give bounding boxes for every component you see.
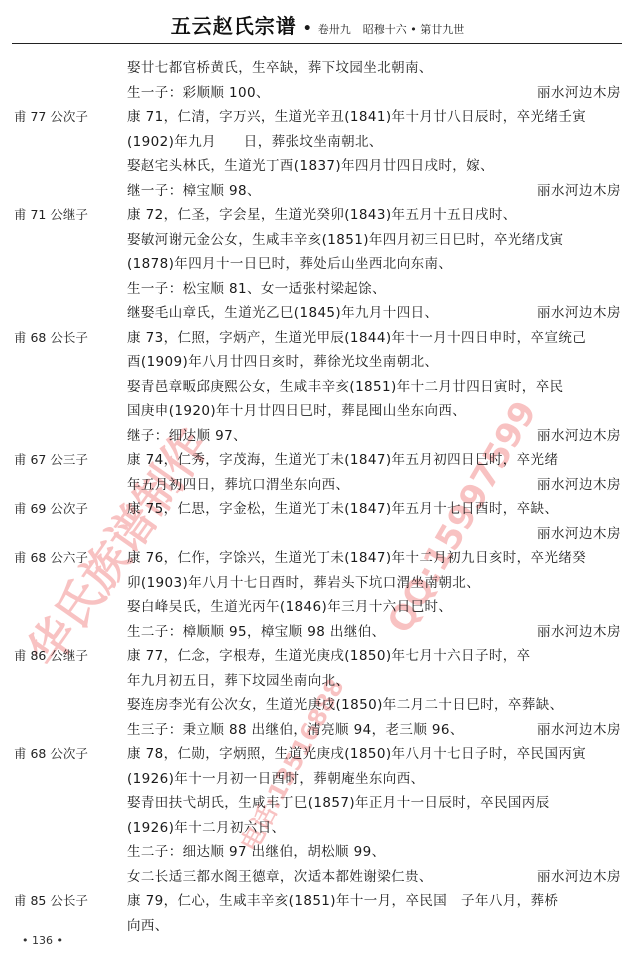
entry-line: 娶赵宅头林氏，生道光丁酉(1837)年四月廿四日戌时，嫁、 [0,154,635,179]
entry-line: 娶青田扶弋胡氏，生咸丰丁巳(1857)年正月十一日辰时，卒民国丙辰 [0,791,635,816]
entry-line: 甫 69 公次子康 75，仁思，字金松，生道光丁未(1847)年五月十七日酉时，… [0,497,635,522]
entry-text: 康 72，仁圣，字会星，生道光癸卯(1843)年五月十五日戌时、 [127,203,517,228]
entry-line: 甫 86 公继子康 77，仁念，字根寿，生道光庚戌(1850)年七月十六日子时，… [0,644,635,669]
entry-text: 生二子：细达顺 97 出继伯，胡松顺 99、 [127,840,386,865]
lineage-label: 甫 68 公次子 [14,742,88,767]
entry-text: 康 77，仁念，字根寿，生道光庚戌(1850)年七月十六日子时，卒 [127,644,531,669]
entry-text: 康 78，仁勋，字炳照，生道光庚戌(1850)年八月十七日子时，卒民国丙寅 [127,742,586,767]
branch-name: 丽水河边木房 [537,865,621,890]
entry-line: 娶白峰吴氏，生道光丙午(1846)年三月十六日巳时、 [0,595,635,620]
title-separator: • [303,21,312,37]
branch-name: 丽水河边木房 [537,81,621,106]
entry-text: 国庚申(1920)年十月廿四日巳时，葬昆囤山坐东向西、 [127,399,466,424]
entry-text: 康 79，仁心，生咸丰辛亥(1851)年十一月，卒民国 子年八月，葬桥 [127,889,558,914]
entry-text: 酉(1909)年八月廿四日亥时，葬徐光坟坐南朝北、 [127,350,438,375]
entry-text: 年五月初四日，葬坑口渭坐东向西、 [127,473,349,498]
entry-text: 康 73，仁照，字炳产，生道光甲辰(1844)年十一月十四日申时，卒宣统己 [127,326,586,351]
entry-line: 娶青邑章畈邱庚熙公女，生咸丰辛亥(1851)年十二月廿四日寅时，卒民 [0,375,635,400]
lineage-label: 甫 85 公长子 [14,889,88,914]
entry-text: (1926)年十一月初一日酉时，葬朝庵坐东向西、 [127,767,425,792]
entry-line: 酉(1909)年八月廿四日亥时，葬徐光坟坐南朝北、 [0,350,635,375]
entry-line: 丽水河边木房 [0,522,635,547]
page-number: • 136 • [22,934,63,947]
entry-text: 娶廿七都官桥黄氏，生卒缺，葬下坟园坐北朝南、 [127,56,433,81]
entry-line: 生三子：秉立顺 88 出继伯，清亮顺 94，老三顺 96、丽水河边木房 [0,718,635,743]
entry-text: 娶青田扶弋胡氏，生咸丰丁巳(1857)年正月十一日辰时，卒民国丙辰 [127,791,550,816]
entry-text: (1902)年九月 日，葬张坟坐南朝北、 [127,130,383,155]
entry-text: 康 74，仁秀，字茂海，生道光丁未(1847)年五月初四日巳时，卒光绪 [127,448,558,473]
entry-text: (1926)年十二月初六日、 [127,816,286,841]
entry-line: 继一子：樟宝顺 98、丽水河边木房 [0,179,635,204]
entry-text: 继娶毛山章氏，生道光乙巳(1845)年九月十四日、 [127,301,438,326]
entry-line: 年五月初四日，葬坑口渭坐东向西、丽水河边木房 [0,473,635,498]
entry-text: 娶青邑章畈邱庚熙公女，生咸丰辛亥(1851)年十二月廿四日寅时，卒民 [127,375,564,400]
entry-text: 娶连房李光有公次女，生道光庚戌(1850)年二月二十日巳时，卒葬缺、 [127,693,564,718]
entry-line: 女二长适三都水阁王德章，次适本都姓谢梁仁贵、丽水河边木房 [0,865,635,890]
entry-text: 继子：细达顺 97、 [127,424,247,449]
volume-label: 卷卅九 [318,21,351,37]
entry-line: 娶连房李光有公次女，生道光庚戌(1850)年二月二十日巳时，卒葬缺、 [0,693,635,718]
lineage-label: 甫 71 公继子 [14,203,88,228]
branch-name: 丽水河边木房 [537,179,621,204]
entry-text: 娶赵宅头林氏，生道光丁酉(1837)年四月廿四日戌时，嫁、 [127,154,494,179]
lineage-label: 甫 68 公长子 [14,326,88,351]
lineage-label: 甫 68 公六子 [14,546,88,571]
genealogy-body: 娶廿七都官桥黄氏，生卒缺，葬下坟园坐北朝南、生一子：彩顺顺 100、丽水河边木房… [0,56,635,938]
branch-name: 丽水河边木房 [537,424,621,449]
entry-line: 生一子：彩顺顺 100、丽水河边木房 [0,81,635,106]
branch-name: 丽水河边木房 [537,522,621,547]
entry-line: 甫 68 公次子康 78，仁勋，字炳照，生道光庚戌(1850)年八月十七日子时，… [0,742,635,767]
entry-line: (1926)年十二月初六日、 [0,816,635,841]
page-header: 五云赵氏宗谱 • 卷卅九 昭穆十六 • 第廿九世 [0,10,635,40]
entry-line: 娶廿七都官桥黄氏，生卒缺，葬下坟园坐北朝南、 [0,56,635,81]
entry-line: 生一子：松宝顺 81、女一适张村梁起馀、 [0,277,635,302]
entry-text: 年九月初五日，葬下坟园坐南向北、 [127,669,349,694]
entry-text: (1878)年四月十一日巳时，葬处后山坐西北向东南、 [127,252,452,277]
entry-text: 娶白峰吴氏，生道光丙午(1846)年三月十六日巳时、 [127,595,452,620]
entry-line: 国庚申(1920)年十月廿四日巳时，葬昆囤山坐东向西、 [0,399,635,424]
entry-line: 卯(1903)年八月十七日酉时，葬岩头下坑口渭坐南朝北、 [0,571,635,596]
section-label: 昭穆十六 • 第廿九世 [363,21,464,37]
entry-line: 继子：细达顺 97、丽水河边木房 [0,424,635,449]
entry-line: (1902)年九月 日，葬张坟坐南朝北、 [0,130,635,155]
entry-text: 生二子：樟顺顺 95，樟宝顺 98 出继伯、 [127,620,386,645]
entry-text: 向西、 [127,914,169,939]
entry-line: 生二子：樟顺顺 95，樟宝顺 98 出继伯、丽水河边木房 [0,620,635,645]
entry-line: 甫 68 公六子康 76，仁作，字馀兴，生道光丁未(1847)年十二月初九日亥时… [0,546,635,571]
entry-text: 生一子：彩顺顺 100、 [127,81,270,106]
entry-line: 娶敏河谢元金公女，生咸丰辛亥(1851)年四月初三日巳时，卒光绪戊寅 [0,228,635,253]
entry-line: 甫 77 公次子康 71，仁清，字万兴，生道光辛丑(1841)年十月廿八日辰时，… [0,105,635,130]
lineage-label: 甫 67 公三子 [14,448,88,473]
entry-text: 康 71，仁清，字万兴，生道光辛丑(1841)年十月廿八日辰时，卒光绪壬寅 [127,105,586,130]
entry-text: 继一子：樟宝顺 98、 [127,179,261,204]
entry-line: 甫 68 公长子康 73，仁照，字炳产，生道光甲辰(1844)年十一月十四日申时… [0,326,635,351]
entry-text: 娶敏河谢元金公女，生咸丰辛亥(1851)年四月初三日巳时，卒光绪戊寅 [127,228,564,253]
lineage-label: 甫 86 公继子 [14,644,88,669]
entry-text: 康 76，仁作，字馀兴，生道光丁未(1847)年十二月初九日亥时，卒光绪癸 [127,546,586,571]
entry-text: 女二长适三都水阁王德章，次适本都姓谢梁仁贵、 [127,865,433,890]
entry-text: 康 75，仁思，字金松，生道光丁未(1847)年五月十七日酉时，卒缺、 [127,497,558,522]
entry-line: (1878)年四月十一日巳时，葬处后山坐西北向东南、 [0,252,635,277]
entry-line: 甫 71 公继子康 72，仁圣，字会星，生道光癸卯(1843)年五月十五日戌时、 [0,203,635,228]
entry-line: 甫 67 公三子康 74，仁秀，字茂海，生道光丁未(1847)年五月初四日巳时，… [0,448,635,473]
entry-text: 生一子：松宝顺 81、女一适张村梁起馀、 [127,277,386,302]
header-rule [12,43,622,44]
lineage-label: 甫 69 公次子 [14,497,88,522]
entry-text: 生三子：秉立顺 88 出继伯，清亮顺 94，老三顺 96、 [127,718,464,743]
branch-name: 丽水河边木房 [537,301,621,326]
entry-line: (1926)年十一月初一日酉时，葬朝庵坐东向西、 [0,767,635,792]
entry-line: 继娶毛山章氏，生道光乙巳(1845)年九月十四日、丽水河边木房 [0,301,635,326]
entry-line: 年九月初五日，葬下坟园坐南向北、 [0,669,635,694]
lineage-label: 甫 77 公次子 [14,105,88,130]
entry-line: 甫 85 公长子康 79，仁心，生咸丰辛亥(1851)年十一月，卒民国 子年八月… [0,889,635,914]
entry-line: 生二子：细达顺 97 出继伯，胡松顺 99、 [0,840,635,865]
branch-name: 丽水河边木房 [537,718,621,743]
entry-text: 卯(1903)年八月十七日酉时，葬岩头下坑口渭坐南朝北、 [127,571,480,596]
branch-name: 丽水河边木房 [537,473,621,498]
branch-name: 丽水河边木房 [537,620,621,645]
book-title: 五云赵氏宗谱 [171,10,297,39]
entry-line: 向西、 [0,914,635,939]
